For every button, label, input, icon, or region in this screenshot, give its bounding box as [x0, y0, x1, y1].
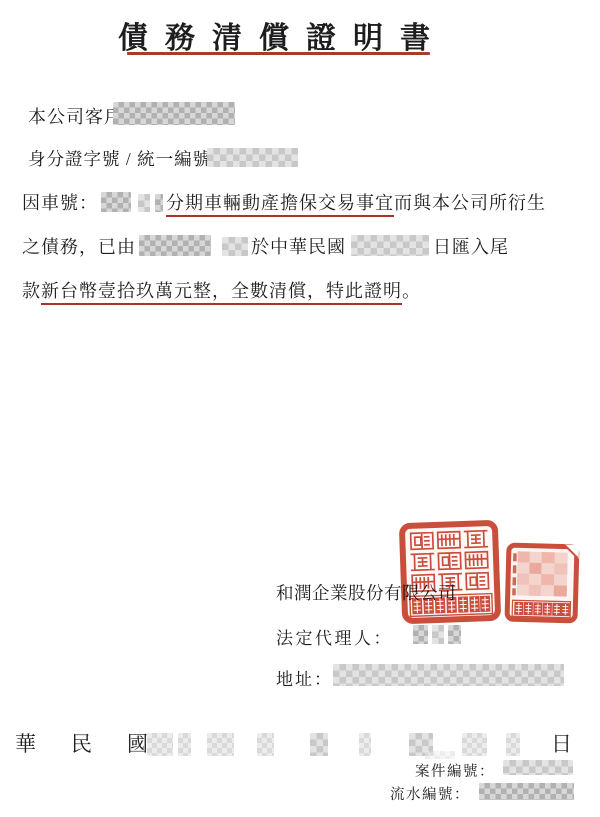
redacted-serial-number: [479, 783, 574, 800]
redacted-date-block: [207, 733, 234, 756]
customer-label: 本公司客戶: [28, 103, 123, 129]
id-label: 身分證字號 / 統一編號：: [28, 146, 230, 171]
redacted-case-number: [503, 760, 573, 775]
serial-number-label: 流水編號：: [390, 783, 470, 804]
title-underline: [127, 52, 430, 55]
vehicle-clause-line: 因車號：分期車輛動產擔保交易事宜而與本公司所衍生: [22, 189, 546, 215]
company-seal: [398, 519, 501, 624]
redacted-customer-name: [113, 102, 235, 125]
redacted-payer-name-2: [222, 237, 248, 256]
redacted-address: [333, 664, 564, 686]
scan-artifact: [425, 751, 455, 759]
roc-date-char: 民: [71, 728, 92, 758]
redacted-date-block: [257, 733, 274, 756]
redacted-legal-rep-name: [448, 625, 461, 644]
payment-clause-prefix: 之債務，已由: [22, 237, 136, 257]
redacted-vehicle-number-1: [101, 192, 131, 212]
roc-date-char: 國: [127, 728, 148, 758]
case-number-label: 案件編號：: [415, 760, 495, 781]
redacted-id-number: [207, 148, 298, 167]
document-title: 債務清償證明書: [118, 13, 447, 57]
settlement-clause-line: 款新台幣壹拾玖萬元整，全數清償，特此證明。: [22, 277, 421, 303]
personal-seal-graphic: [504, 542, 580, 624]
address-label: 地址：: [276, 665, 333, 690]
personal-seal: [504, 542, 580, 624]
legal-rep-label: 法定代理人：: [276, 624, 393, 649]
vehicle-clause-prefix: 因車號：: [22, 193, 98, 213]
redacted-date-block: [462, 733, 487, 756]
redacted-payer-name: [139, 235, 211, 256]
payment-clause-suffix: 日匯入尾: [433, 237, 509, 257]
redacted-vehicle-number-2: [138, 194, 150, 212]
company-seal-graphic: [398, 519, 501, 624]
redacted-legal-rep-name: [413, 625, 428, 644]
redacted-date-block: [178, 733, 191, 756]
roc-date-char: 華: [15, 728, 36, 758]
underlined-installment-phrase: 分期車輛動產擔保交易事宜: [166, 193, 394, 217]
redacted-date-block: [310, 733, 328, 756]
settlement-clause-prefix: 款: [22, 281, 41, 301]
redacted-seal-center: [517, 551, 568, 596]
redacted-payment-date: [351, 235, 429, 256]
redacted-legal-rep-name: [432, 625, 444, 644]
vehicle-clause-suffix: 而與本公司所衍生: [394, 193, 546, 213]
redacted-date-block: [359, 733, 371, 756]
payment-clause-mid: 於中華民國: [251, 237, 346, 257]
settlement-clause-period: 。: [402, 281, 421, 301]
payment-clause-line: 之債務，已由於中華民國日匯入尾: [22, 233, 509, 259]
day-char: 日: [551, 728, 572, 758]
redacted-date-block: [506, 733, 520, 756]
redacted-vehicle-number-3: [155, 194, 163, 212]
redacted-date-block: [147, 733, 173, 756]
underlined-settlement-phrase: 新台幣壹拾玖萬元整，全數清償，特此證明: [41, 281, 402, 305]
document-page: 債務清償證明書 本公司客戶 身分證字號 / 統一編號： 因車號：分期車輛動產擔保…: [0, 0, 600, 817]
